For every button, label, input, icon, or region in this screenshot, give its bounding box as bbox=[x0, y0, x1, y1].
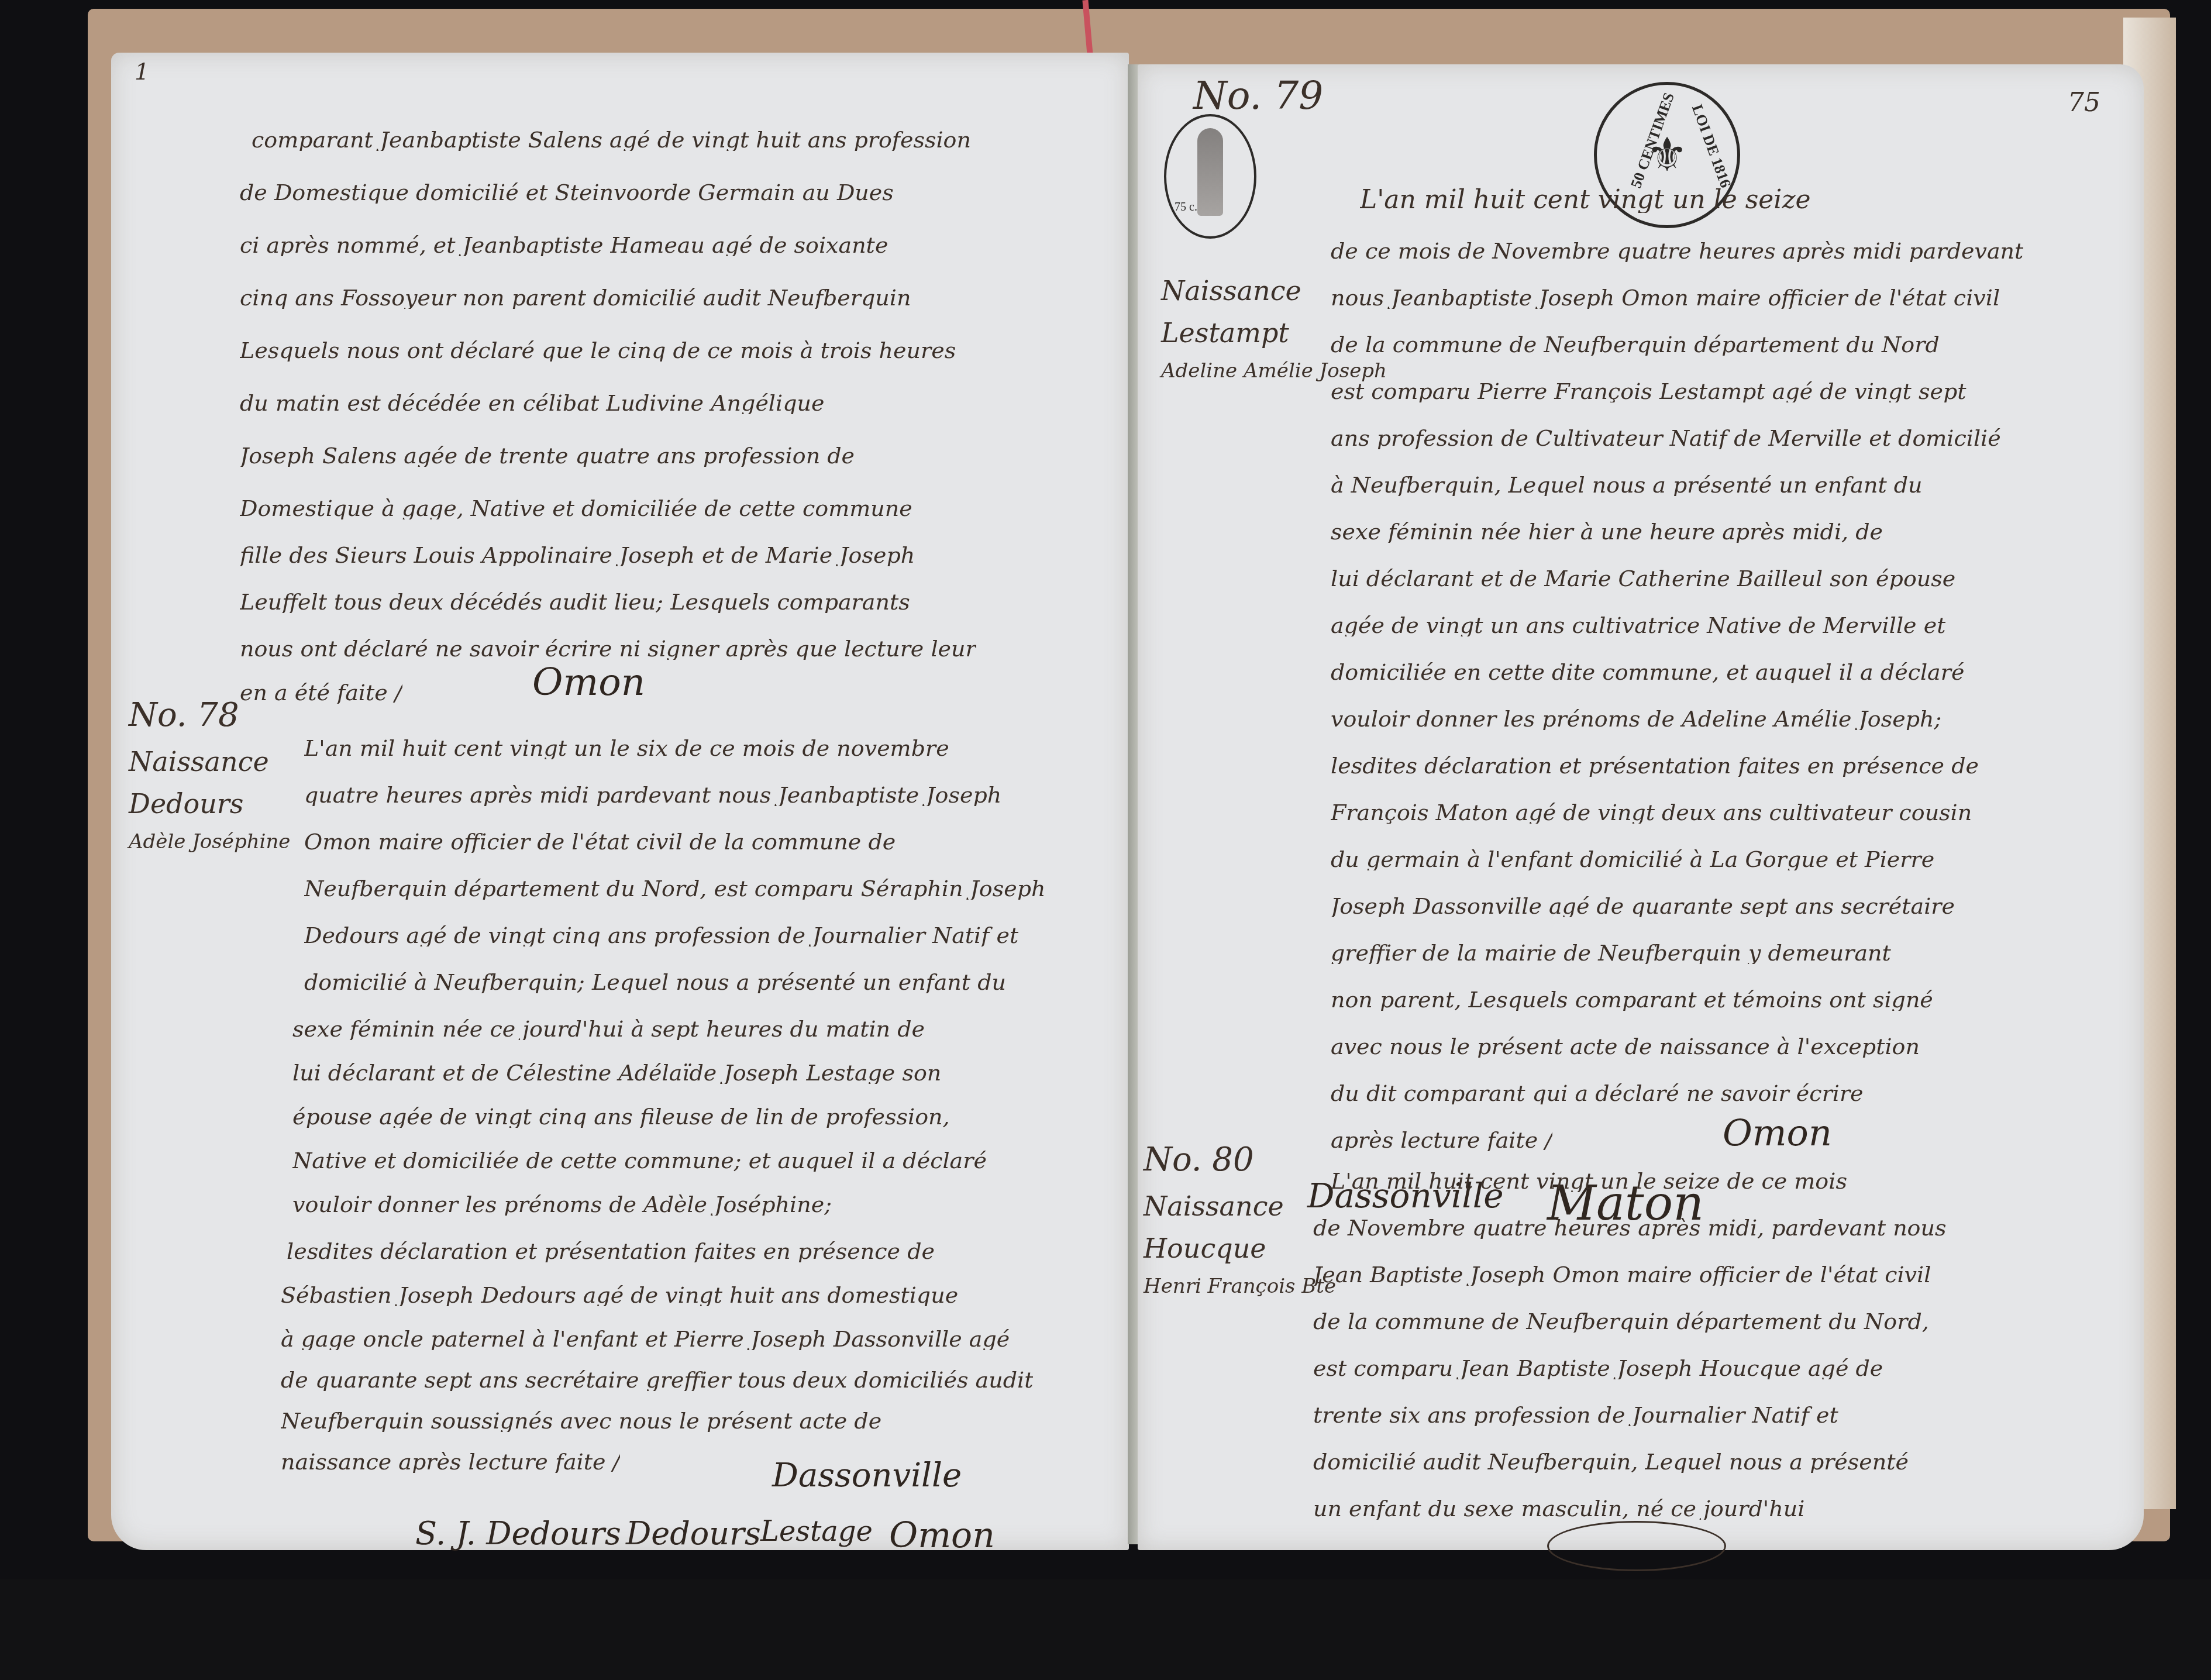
right-page: 75 ⚜ 50 CENTIMES LOI DE 1816 No. 79 Nais… bbox=[1138, 64, 2144, 1550]
signature-lestage: Lestage bbox=[760, 1515, 873, 1548]
text-line: du germain à l'enfant domicilié à La Gor… bbox=[1331, 848, 1934, 870]
signature-dedours: Dedours bbox=[626, 1515, 761, 1552]
margin-note-80: No. 80 Naissance Houcque Henri François … bbox=[1144, 1141, 1336, 1298]
text-line: François Maton agé de vingt deux ans cul… bbox=[1331, 801, 1972, 824]
text-line: greffier de la mairie de Neufberquin y d… bbox=[1331, 942, 1891, 964]
text-line: lui déclarant et de Célestine Adélaïde J… bbox=[292, 1062, 941, 1084]
text-line: vouloir donner les prénoms de Adèle José… bbox=[292, 1193, 832, 1216]
text-line: Native et domiciliée de cette commune; e… bbox=[292, 1149, 987, 1172]
text-line: domiciliée en cette dite commune, et auq… bbox=[1331, 661, 1964, 683]
text-line: Lesquels nous ont déclaré que le cinq de… bbox=[240, 339, 956, 362]
signature-dassonville: Dassonville bbox=[772, 1457, 962, 1495]
text-line: est comparu Jean Baptiste Joseph Houcque… bbox=[1313, 1357, 1883, 1379]
text-line: ci après nommé, et Jeanbaptiste Hameau a… bbox=[240, 234, 888, 256]
text-line: à Neufberquin, Lequel nous a présenté un… bbox=[1331, 474, 1923, 496]
text-line: lesdites déclaration et présentation fai… bbox=[287, 1240, 935, 1262]
scanner-base bbox=[0, 1579, 2211, 1680]
text-line: non parent, Lesquels comparant et témoin… bbox=[1331, 989, 1933, 1011]
text-line: Jean Baptiste Joseph Omon maire officier… bbox=[1313, 1264, 1931, 1286]
signature-omon: Omon bbox=[1723, 1111, 1832, 1154]
text-line: L'an mil huit cent vingt un le six de ce… bbox=[304, 737, 949, 759]
left-page: 1 comparant Jeanbaptiste Salens agé de v… bbox=[111, 53, 1129, 1550]
text-line: de quarante sept ans secrétaire greffier… bbox=[281, 1369, 1033, 1391]
text-line: Dedours agé de vingt cinq ans profession… bbox=[304, 924, 1018, 946]
entry-given-names: Henri François Bte bbox=[1144, 1275, 1336, 1298]
embossed-seal: 75 c. bbox=[1164, 114, 1256, 239]
text-line: quatre heures après midi pardevant nous … bbox=[304, 784, 1001, 806]
text-line: nous ont déclaré ne savoir écrire ni sig… bbox=[240, 638, 976, 660]
text-line: épouse agée de vingt cinq ans fileuse de… bbox=[292, 1106, 950, 1128]
text-line: vouloir donner les prénoms de Adeline Am… bbox=[1331, 708, 1941, 730]
text-line: sexe féminin née hier à une heure après … bbox=[1331, 521, 1883, 543]
text-line: Joseph Salens agée de trente quatre ans … bbox=[240, 445, 855, 467]
entry-number: No. 79 bbox=[1193, 73, 1323, 118]
signature-omon: Omon bbox=[532, 661, 645, 704]
text-line: du matin est décédée en célibat Ludivine… bbox=[240, 392, 824, 414]
text-line: agée de vingt un ans cultivatrice Native… bbox=[1331, 614, 1945, 636]
page-folio-number: 75 bbox=[2068, 88, 2100, 118]
allegorical-figure-icon bbox=[1197, 128, 1223, 216]
text-line: comparant Jeanbaptiste Salens agé de vin… bbox=[252, 129, 971, 151]
text-line: sexe féminin née ce jourd'hui à sept heu… bbox=[292, 1018, 925, 1040]
pen-flourish bbox=[1547, 1521, 1726, 1571]
text-line: après lecture faite / bbox=[1331, 1129, 1552, 1151]
text-line: de ce mois de Novembre quatre heures apr… bbox=[1331, 240, 2023, 262]
text-line: lui déclarant et de Marie Catherine Bail… bbox=[1331, 567, 1955, 590]
entry-surname: Houcque bbox=[1144, 1233, 1336, 1264]
text-line: de Novembre quatre heures après midi, pa… bbox=[1313, 1217, 1946, 1239]
text-line: Joseph Dassonville agé de quarante sept … bbox=[1331, 895, 1955, 917]
text-line: de Domestique domicilié et Steinvoorde G… bbox=[240, 181, 894, 204]
text-line: nous Jeanbaptiste Joseph Omon maire offi… bbox=[1331, 287, 2000, 309]
entry-kind: Naissance bbox=[129, 746, 290, 777]
text-line: domicilié à Neufberquin; Lequel nous a p… bbox=[304, 971, 1006, 993]
text-line: ans profession de Cultivateur Natif de M… bbox=[1331, 427, 2001, 449]
text-line: lesdites déclaration et présentation fai… bbox=[1331, 755, 1979, 777]
text-line: à gage oncle paternel à l'enfant et Pier… bbox=[281, 1328, 1010, 1350]
stamp-legend: LOI DE 1816 bbox=[1688, 102, 1734, 190]
margin-note-78: No. 78 Naissance Dedours Adèle Joséphine bbox=[129, 696, 290, 853]
signature-sj-dedours: S. J. Dedours bbox=[415, 1515, 621, 1552]
seal-value: 75 c. bbox=[1175, 201, 1197, 214]
text-line: naissance après lecture faite / bbox=[281, 1451, 620, 1473]
text-line: avec nous le présent acte de naissance à… bbox=[1331, 1035, 1920, 1058]
entry-kind: Naissance bbox=[1144, 1190, 1336, 1222]
text-line: L'an mil huit cent vingt un le seize bbox=[1360, 187, 1811, 213]
text-line: de la commune de Neufberquin département… bbox=[1331, 333, 1940, 356]
entry-number: No. 80 bbox=[1144, 1141, 1336, 1179]
text-line: Domestique à gage, Native et domiciliée … bbox=[240, 497, 912, 519]
text-line: un enfant du sexe masculin, né ce jourd'… bbox=[1313, 1497, 1804, 1520]
text-line: Neufberquin soussignés avec nous le prés… bbox=[281, 1410, 881, 1432]
entry-surname: Dedours bbox=[129, 788, 290, 820]
text-line: Sébastien Joseph Dedours agé de vingt hu… bbox=[281, 1284, 958, 1306]
text-line: cinq ans Fossoyeur non parent domicilié … bbox=[240, 287, 911, 309]
text-line: L'an mil huit cent vingt un le seize de … bbox=[1331, 1170, 1847, 1192]
text-line: du dit comparant qui a déclaré ne savoir… bbox=[1331, 1082, 1864, 1104]
entry-number: No. 78 bbox=[129, 696, 290, 734]
signature-omon: Omon bbox=[889, 1515, 995, 1556]
text-line: Neufberquin département du Nord, est com… bbox=[304, 877, 1045, 900]
entry-given-names: Adeline Amélie Joseph bbox=[1161, 359, 1387, 383]
text-line: de la commune de Neufberquin département… bbox=[1313, 1310, 1929, 1333]
left-folio-mark: 1 bbox=[135, 58, 149, 85]
text-line: Omon maire officier de l'état civil de l… bbox=[304, 831, 896, 853]
text-line: trente six ans profession de Journalier … bbox=[1313, 1404, 1838, 1426]
text-line: est comparu Pierre François Lestampt agé… bbox=[1331, 380, 1967, 402]
text-line: Leuffelt tous deux décédés audit lieu; L… bbox=[240, 591, 910, 613]
text-line: domicilié audit Neufberquin, Lequel nous… bbox=[1313, 1451, 1909, 1473]
entry-given-names: Adèle Joséphine bbox=[129, 830, 290, 853]
text-line: fille des Sieurs Louis Appolinaire Josep… bbox=[240, 544, 915, 566]
